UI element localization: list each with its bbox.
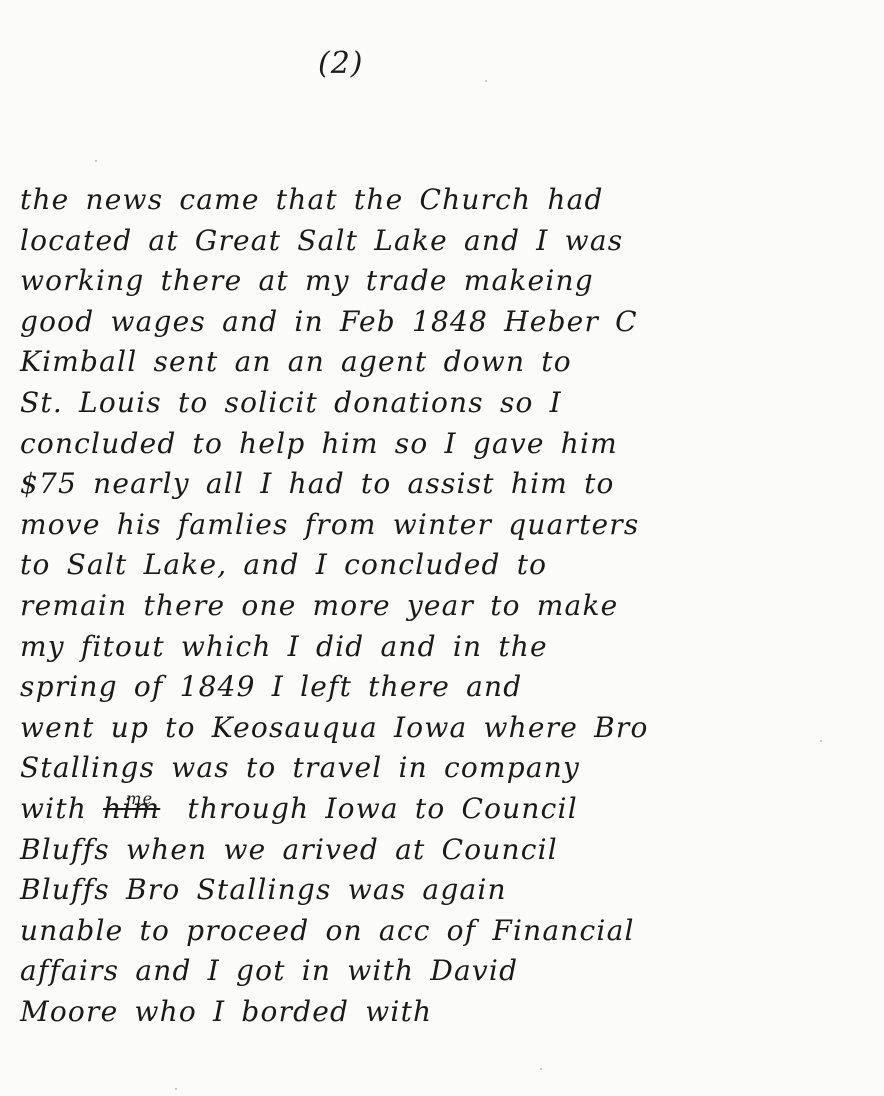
line-segment: through Iowa to Council (171, 792, 578, 825)
manuscript-page: (2) the news came that the Church had lo… (0, 0, 884, 1096)
text-line: my fitout which I did and in the (20, 627, 870, 668)
paper-speck (820, 740, 822, 742)
text-line: the news came that the Church had (20, 180, 870, 221)
paper-speck (175, 1088, 177, 1090)
inserted-correction: me (126, 789, 153, 808)
text-line: working there at my trade makeing (20, 261, 870, 302)
text-line: Moore who I borded with (20, 992, 870, 1033)
text-line-with-correction: with himme through Iowa to Council (20, 789, 870, 830)
text-line: went up to Keosauqua Iowa where Bro (20, 708, 870, 749)
text-line: Kimball sent an an agent down to (20, 342, 870, 383)
text-line: to Salt Lake, and I concluded to (20, 545, 870, 586)
page-number: (2) (318, 46, 364, 81)
text-line: good wages and in Feb 1848 Heber C (20, 302, 870, 343)
text-line: remain there one more year to make (20, 586, 870, 627)
text-line: Bluffs when we arived at Council (20, 830, 870, 871)
text-line: $75 nearly all I had to assist him to (20, 464, 870, 505)
text-line: concluded to help him so I gave him (20, 424, 870, 465)
text-line: spring of 1849 I left there and (20, 667, 870, 708)
text-line: Stallings was to travel in company (20, 748, 870, 789)
paper-speck (95, 160, 97, 162)
handwritten-text-body: the news came that the Church had locate… (20, 180, 870, 1032)
text-line: Bluffs Bro Stallings was again (20, 870, 870, 911)
line-segment: with (20, 792, 103, 825)
text-line: located at Great Salt Lake and I was (20, 221, 870, 262)
text-line: move his famlies from winter quarters (20, 505, 870, 546)
text-line: affairs and I got in with David (20, 951, 870, 992)
paper-speck (485, 80, 487, 82)
text-line: St. Louis to solicit donations so I (20, 383, 870, 424)
text-line: unable to proceed on acc of Financial (20, 911, 870, 952)
paper-speck (540, 1068, 542, 1070)
